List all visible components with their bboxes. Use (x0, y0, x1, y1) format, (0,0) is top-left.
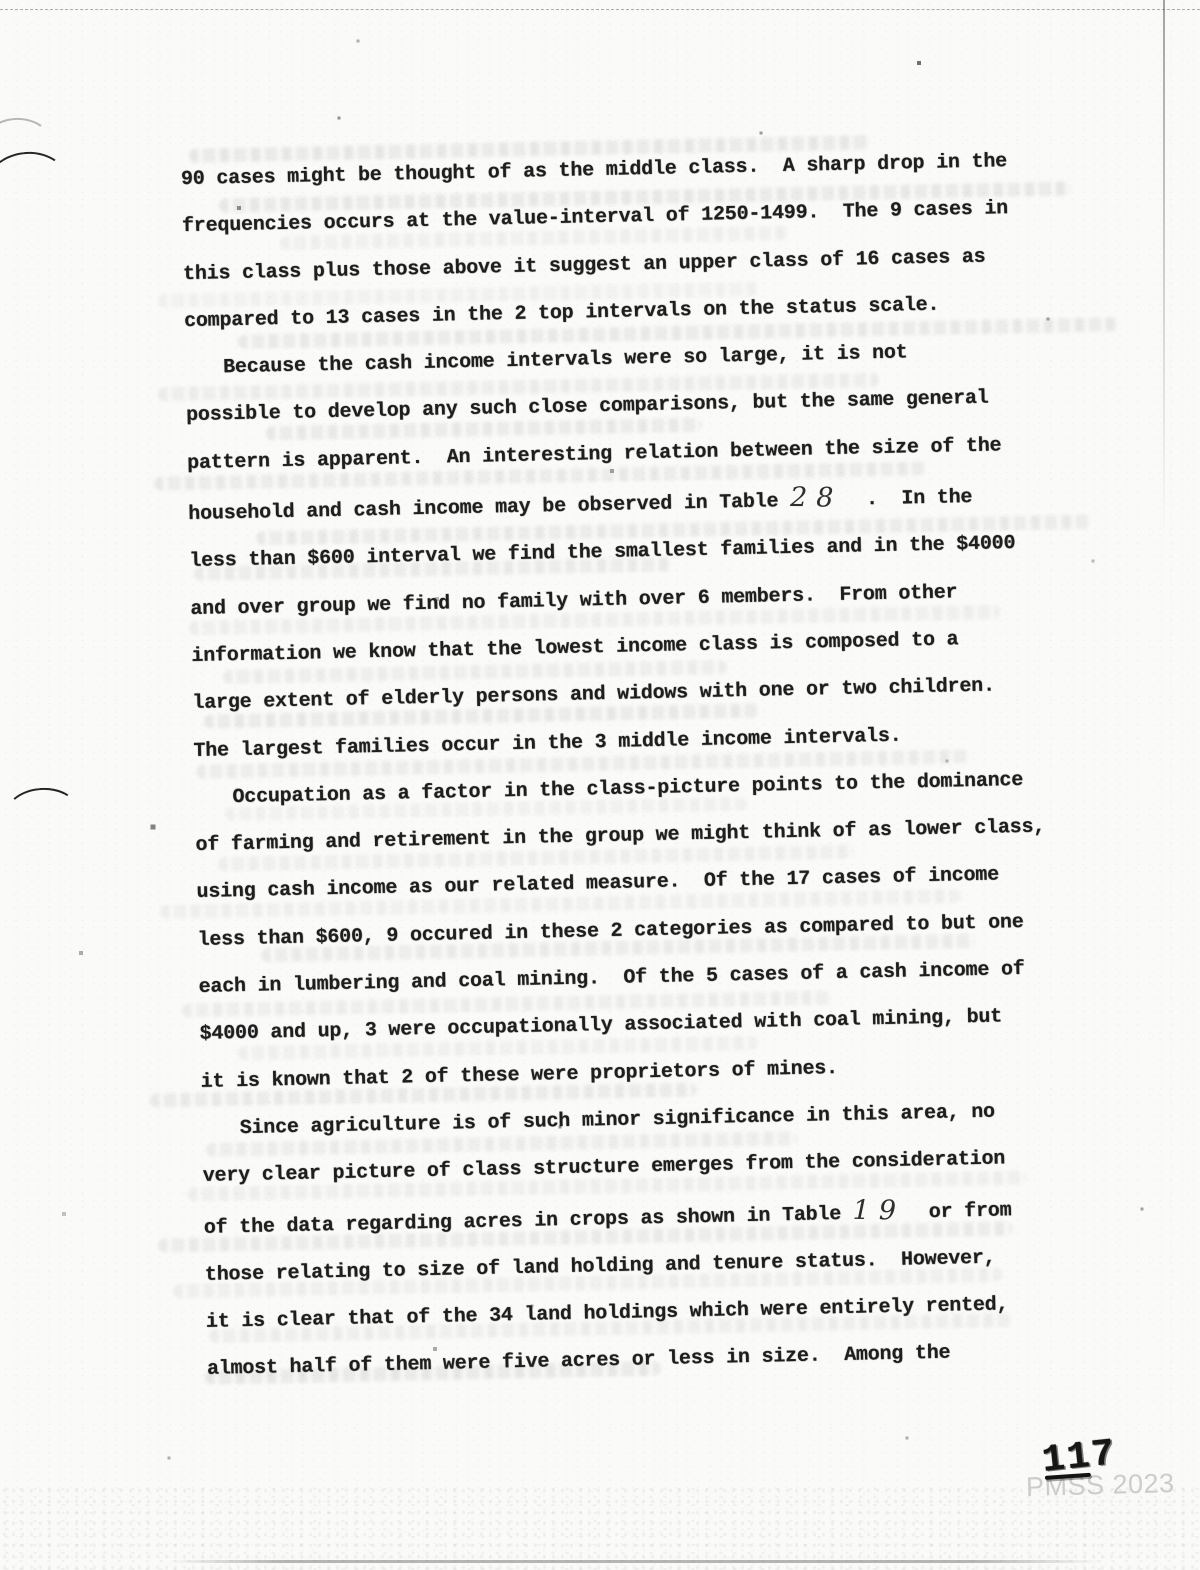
scan-artifact-arc (4, 786, 79, 839)
typed-text: . In the (842, 486, 972, 512)
scan-artifact-arc (0, 147, 74, 227)
bottom-scan-texture (0, 1485, 1200, 1570)
page-number: 117 (1040, 1432, 1119, 1483)
typed-text: household and cash income may be observe… (188, 490, 790, 526)
handwritten-table-number: 19 (852, 1186, 905, 1234)
scan-speckles (0, 0, 2, 2)
typed-text: or from (905, 1199, 1012, 1224)
scan-artifact-bottom-line (168, 1560, 1103, 1563)
handwritten-table-number: 28 (790, 474, 843, 522)
typed-text: of the data regarding acres in crops as … (204, 1202, 853, 1239)
typewritten-text: 90 cases might be thought of as the midd… (180, 137, 1107, 1394)
scan-artifact-right-line (1163, 0, 1165, 540)
scanned-document-page: 90 cases might be thought of as the midd… (0, 0, 1200, 1570)
scan-artifact-top-line (0, 9, 1200, 10)
